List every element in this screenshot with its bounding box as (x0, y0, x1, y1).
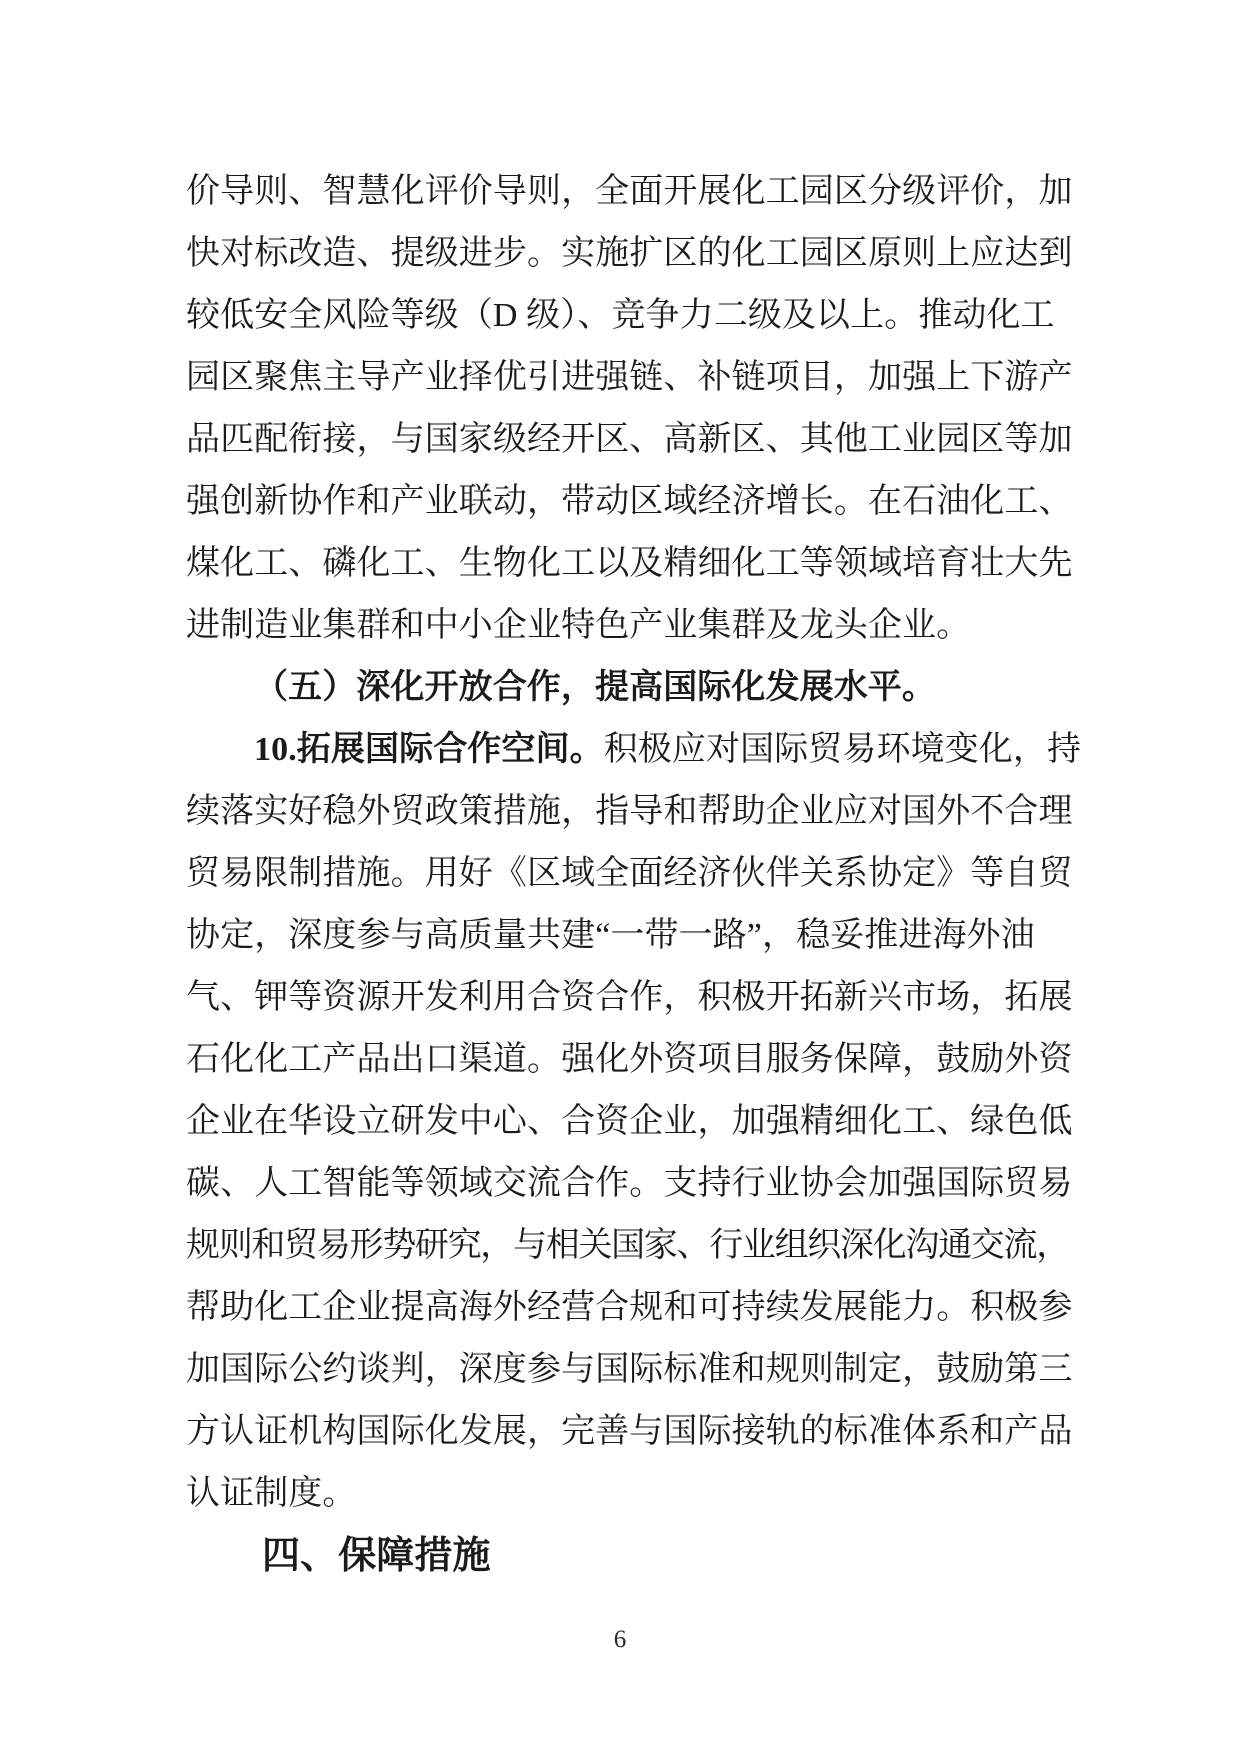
text-block: 价导则、智慧化评价导则，全面开展化工园区分级评价，加 快对标改造、提级进步。实施… (186, 161, 1072, 1587)
paragraph-10-lead-rest: 积极应对国际贸易环境变化，持 (604, 731, 1081, 768)
page-number: 6 (0, 1626, 1240, 1654)
text-line: 协定，深度参与高质量共建“一带一路”，稳妥推进海外油 (186, 905, 1072, 967)
text-line: 品匹配衔接，与国家级经开区、高新区、其他工业园区等加 (186, 409, 1072, 471)
text-line: 石化化工产品出口渠道。强化外资项目服务保障，鼓励外资 (186, 1029, 1072, 1091)
text-line: 方认证机构国际化发展，完善与国际接轨的标准体系和产品 (186, 1401, 1072, 1463)
text-line: 进制造业集群和中小企业特色产业集群及龙头企业。 (186, 595, 1072, 657)
text-line-paragraph-10-lead: 10.拓展国际合作空间。积极应对国际贸易环境变化，持 (186, 719, 1072, 781)
text-line: 认证制度。 (186, 1463, 1072, 1525)
text-line: 气、钾等资源开发利用合资合作，积极开拓新兴市场，拓展 (186, 967, 1072, 1029)
text-line: 企业在华设立研发中心、合资企业，加强精细化工、绿色低 (186, 1091, 1072, 1153)
text-line: 园区聚焦主导产业择优引进强链、补链项目，加强上下游产 (186, 347, 1072, 409)
text-line: 碳、人工智能等领域交流合作。支持行业协会加强国际贸易 (186, 1153, 1072, 1215)
text-line: 快对标改造、提级进步。实施扩区的化工园区原则上应达到 (186, 223, 1072, 285)
text-line: 煤化工、磷化工、生物化工以及精细化工等领域培育壮大先 (186, 533, 1072, 595)
chapter-heading-4: 四、保障措施 (186, 1525, 1072, 1587)
text-line: 加国际公约谈判，深度参与国际标准和规则制定，鼓励第三 (186, 1339, 1072, 1401)
text-line: 帮助化工企业提高海外经营合规和可持续发展能力。积极参 (186, 1277, 1072, 1339)
text-line: 贸易限制措施。用好《区域全面经济伙伴关系协定》等自贸 (186, 843, 1072, 905)
text-line: 强创新协作和产业联动，带动区域经济增长。在石油化工、 (186, 471, 1072, 533)
paragraph-10-bold-lead: 10.拓展国际合作空间。 (254, 731, 604, 768)
text-line: 规则和贸易形势研究，与相关国家、行业组织深化沟通交流， (186, 1215, 1072, 1277)
text-line: 较低安全风险等级（D 级）、竞争力二级及以上。推动化工 (186, 285, 1072, 347)
text-line: 续落实好稳外贸政策措施，指导和帮助企业应对国外不合理 (186, 781, 1072, 843)
document-page: 价导则、智慧化评价导则，全面开展化工园区分级评价，加 快对标改造、提级进步。实施… (0, 0, 1240, 1753)
text-line: 价导则、智慧化评价导则，全面开展化工园区分级评价，加 (186, 161, 1072, 223)
section-heading-5: （五）深化开放合作，提高国际化发展水平。 (186, 657, 1072, 719)
